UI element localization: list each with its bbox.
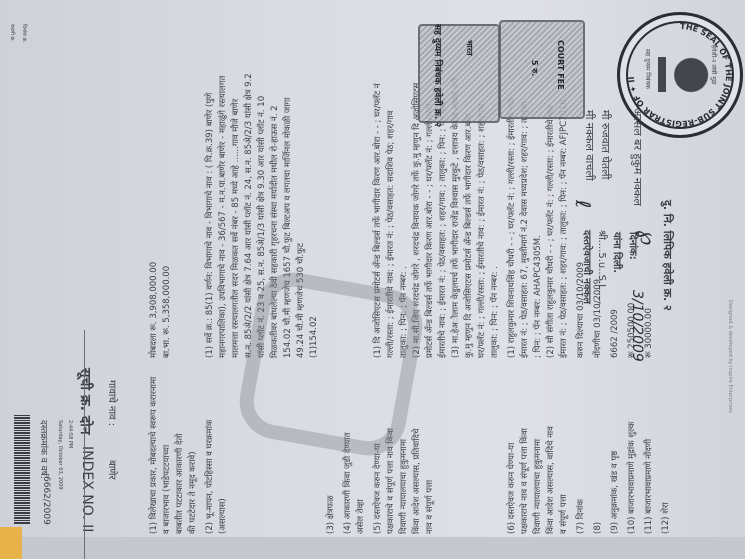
stamp-court-fee-label: COURT FEE [556,40,565,90]
field-label: (9) अनुक्रमांक, खंड व पृष्ठ [609,364,622,534]
header-divider [84,330,85,559]
field-value-line: मोबदला रू. 3,908,000.00 [149,262,159,358]
cert-true-copy: अस्सल बर हुकुम नक्कल [630,108,645,206]
field-value-line: रू 30000.00 [644,308,654,358]
field-number: (7) [576,519,586,534]
field-label-line: व बाजारभाव (भाडेपटटयाच्या [162,445,172,534]
field-label-line: पक्षकाराचे नाव व संपूर्ण पत्ता किंवा [520,428,530,534]
field-label-line: (असल्यास) [218,498,228,534]
field-number: (9) [610,519,620,534]
field-number: (8) [593,522,603,534]
field-label: (11) बाजारभावाप्रमाणे नोंदणी [643,364,656,534]
court-fee-stamp-left [418,24,500,123]
field-label-line: किंवा आदेश असल्यास, प्रतिवादिचे [412,429,422,534]
field-value: नोंदणीचा 03/10/2009 [592,14,605,358]
field-label-line: भू-मापन, पोटहिस्सा व घरक्रमांक [205,420,215,520]
field-number: (1) [149,519,159,534]
index-field-row: (4) आकारणी किंवा जुडी देण्यातअसेल तेव्हा [342,14,368,534]
registration-label: दस्तक्रमांक व वर्ष: [38,420,51,479]
field-label: (7) दिनांक [575,364,588,534]
field-value-line: स.न. 85अे/2/2 यांसी क्षेत्र 7.64 आर यांस… [244,73,254,358]
field-label-line: अनुक्रमांक, खंड व पृष्ठ [610,451,620,519]
seal-inner-top: हवेली-२ तांबी मुद्रा [710,45,718,85]
field-number: (2) [205,519,215,534]
field-value-line: 6662 /2009 [610,309,620,358]
field-number: (11) [644,514,654,534]
field-label: (12) शेरा [660,364,673,534]
stamp-country-label: भारत [464,40,475,56]
seal-inner-bottom: सह दुय्यम निबंधक [644,49,652,89]
field-label: (1) विलेखाचा प्रकार, मोबदल्याचे स्वरूप क… [148,364,200,534]
field-value-line: (2) सौ संगीता राहुलकुमार चौधरी - - ; घर/… [546,105,556,358]
field-label-line: बाबतीत पटटाकार आकारणी देतो [175,433,185,534]
registration-time: 2:44:58 PM [67,420,73,448]
field-value-line: कु.मु म्हणुन दि अजोसिएटस प्रमोटर्स अँन्ड… [464,114,474,358]
cert-officer: दु. नि. लिपिक हवेली क्र. २ [660,200,675,311]
registration-number: 6662/2009 [41,476,51,525]
barcode [14,415,30,525]
field-label-line: शेरा [661,502,671,513]
field-value-line: महानगरपालिका), उपविभागाचे नाव - 36/567 -… [218,76,228,358]
field-number: (4) [343,519,353,534]
field-label-line: दिवाणी न्यायालयाचा हुकुमनामा [533,439,543,534]
field-label: (10) बाजारभावाप्रमाणे मुद्रांक शुल्क [626,364,639,534]
field-value-line: ईमारतीचे नाव: ; ईमारत नं: ; पेठ/वसाहत: ;… [438,98,448,358]
field-value-line: मालमत्ता रस्त्यालगतील सदर मिळकत सर्वे नं… [231,99,241,358]
cert-shri-line: श्री....5.u..S.L..... [596,230,610,306]
field-label-line: नाव व संपूर्ण पत्ता [425,480,435,534]
field-value-line: तालुका: ; पिन: ; पॅन नम्बर: . [490,266,500,358]
table-surface [0,537,745,559]
field-label-line: व संपूर्ण पत्ता [559,494,569,534]
index-title-english: INDEX NO. II [79,446,95,532]
cert-document-copy: दस्तऐवजाची नक्कल [581,230,595,304]
field-label-line: किंवा आदेश असल्यास, वादिचे नाव [546,426,556,534]
field-number: (5) [373,519,383,534]
cert-date-value: 3/10/2009 [629,290,645,362]
index-field-row: (1) विलेखाचा प्रकार, मोबदल्याचे स्वरूप क… [148,14,200,534]
cert-verified: मी रुजवात घेतली [598,110,613,179]
field-label-line: दिवाणी न्यायालयाचा हुकुमनामा [399,439,409,534]
ashoka-emblem-icon [656,53,710,97]
field-value-line: (1) राहुलकुमार शिवनाथसिंह चौधरी - - ; घर… [507,98,517,358]
field-value-line: बा.भा. रू. 5,358,000.00 [162,266,172,358]
side-note-2: दिनांक क्र. [21,24,27,43]
field-label-line: विलेखाचा प्रकार, मोबदल्याचे स्वरूप करारन… [149,377,159,519]
field-label: (8) [592,364,605,534]
field-value-line: (1) सर्वे क्र.: 85(1) वर्णन: विभागाचे ना… [205,93,215,358]
field-value-line: ईमारत नं: ; पेठ/वसाहत: ; शहर/गाव: ; तालु… [559,91,569,358]
field-value: मोबदला रू. 3,908,000.00बा.भा. रू. 5,358,… [148,14,200,358]
field-number: (6) [507,519,517,534]
index-ii-document-page: दस्तक्रमांक व वर्ष: 6662/2009 Saturday, … [0,0,745,540]
field-label-line: की पटटेदार ते नमूद करावे) [188,451,198,534]
field-number: (10) [627,514,637,534]
index-field-row: (3) क्षेत्रफळ [325,14,338,534]
field-value-line: प्रमोटर्स अँन्ड बिल्डर्स तर्फे भागीदार क… [425,104,435,358]
footer-note: Designed & developed by Inspire Enterpri… [727,300,733,413]
cert-given: यांना दिली. [611,232,625,273]
field-number: (3) [326,519,336,534]
field-label-line: दस्तऐवज करुन घेण्या-या [507,443,517,520]
side-note-1: कदमी क्र. [9,24,15,42]
stamp-value-label: 5 रु. [529,60,540,76]
court-fee-stamp-right [499,20,585,119]
field-value-line: घर/फ्लॅट नं: ; गल्ली/रस्ता: ; ईमारतीचे न… [477,104,487,358]
faded-watermark-stamp [234,267,429,462]
field-number: (12) [661,514,671,534]
registration-date: Saturday, October 03, 2009 [57,420,63,490]
field-label-line: दिनांक [576,499,586,519]
index-title-hindi: सूची क्र. दोन [76,368,95,435]
field-value-line: ; पिन: ; पॅन नम्बर: AHAPC4305M. [533,235,543,358]
field-label-line: बाजारभावाप्रमाणे नोंदणी [644,439,654,514]
signature-1: ℓ [571,200,595,208]
field-label-line: असेल तेव्हा [356,499,366,534]
field-label: (6) दस्तऐवज करुन घेण्या-यापक्षकाराचे नाव… [506,364,571,534]
field-label-line: बाजारभावाप्रमाणे मुद्रांक शुल्क [627,422,637,514]
signature-2: ℘ [635,230,660,245]
cert-read-copy: मी नक्कल वाचली [582,110,597,181]
field-value-line: ईमारत नं: ; पेठ/वसाहत: 67, मुक्तीमार्ग न… [520,101,530,358]
field-label-line: क्षेत्रफळ [326,495,336,519]
